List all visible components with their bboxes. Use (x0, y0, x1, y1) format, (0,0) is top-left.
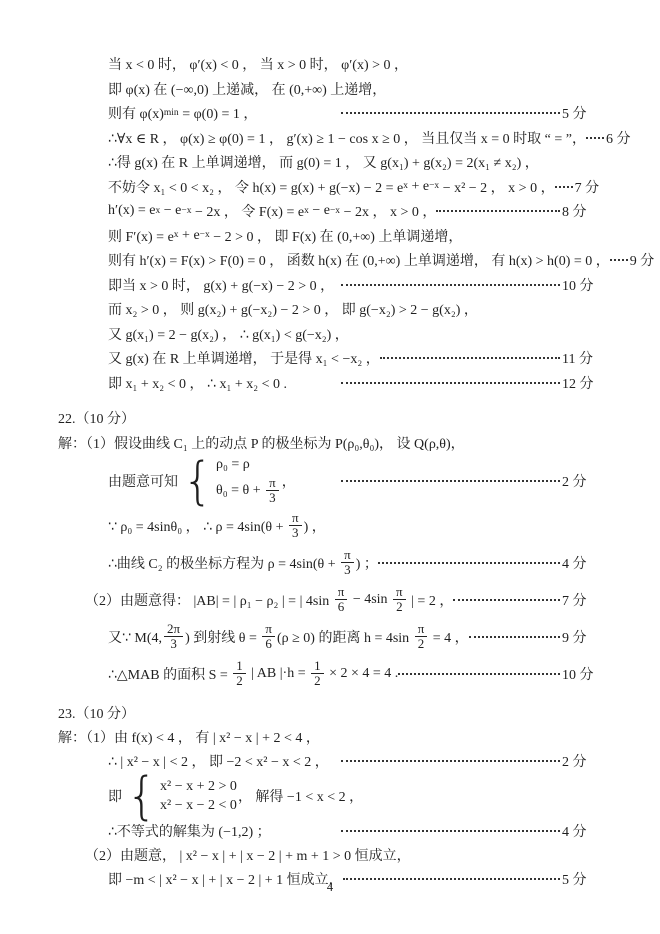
answer-line: 则有 φ(x)min = φ(0) = 1 ，5 分 (58, 101, 594, 126)
fraction: π3 (289, 511, 302, 540)
math-text: ∴△MAB 的面积 S = (108, 664, 231, 684)
fraction: π6 (262, 622, 275, 651)
subscript: min (164, 109, 179, 119)
math-text: + e (179, 228, 200, 244)
math-text: 即 x₁ + x₂ < 0 ， ∴ x₁ + x₂ < 0 . (108, 373, 287, 393)
math-text: ) 到射线 θ = (185, 627, 260, 647)
left-brace-symbol: { (183, 460, 214, 502)
answer-line: ∴得 g(x) 在 R 上单调递增， 而 g(0) = 1 ， 又 g(x₁) … (58, 150, 594, 175)
fraction: 12 (311, 659, 324, 688)
fraction-denominator: 3 (167, 637, 180, 651)
cases-group: {x² − x + 2 > 0x² − x − 2 < 0 (127, 776, 237, 816)
math-text: = 4 ， (429, 627, 468, 647)
fraction: π3 (341, 548, 354, 577)
math-text: ∵ ρ₀ = 4sinθ₀ ， ∴ ρ = 4sin(θ + (108, 516, 287, 536)
math-text: 23.（10 分） (58, 703, 135, 723)
math-text: 解：（1）由 f(x) < 4 ， 有 | x² − x | + 2 < 4 ， (58, 727, 320, 747)
math-text: ∴曲线 C₂ 的极坐标方程为 ρ = 4sin(θ + (108, 553, 339, 573)
dots-leader (341, 284, 560, 286)
math-text: − 2x ， 令 F(x) = e (191, 201, 304, 221)
fraction-numerator: π (335, 585, 348, 600)
math-text: ∴得 g(x) 在 R 上单调递增， 而 g(0) = 1 ， 又 g(x₁) … (108, 152, 539, 172)
math-text: 则 F′(x) = e (108, 226, 174, 246)
math-text: 解：（1）假设曲线 C₁ 上的动点 P 的极坐标为 P(ρ₀,θ₀)， 设 Q(… (58, 433, 465, 453)
fraction-denominator: 3 (341, 563, 354, 577)
answer-line: 解：（1）假设曲线 C₁ 上的动点 P 的极坐标为 P(ρ₀,θ₀)， 设 Q(… (58, 430, 594, 455)
fraction-denominator: 2 (415, 637, 428, 651)
math-text: = φ(0) = 1 ， (179, 103, 258, 123)
score-label: 7 分 (562, 590, 594, 610)
superscript: −x (181, 207, 191, 217)
answer-line: 则有 h′(x) = F(x) > F(0) = 0 ， 函数 h(x) 在 (… (58, 248, 594, 273)
fraction-denominator: 6 (262, 637, 275, 651)
fraction-numerator: 2π (164, 622, 183, 637)
math-text: ) ， (304, 516, 326, 536)
cases-rows: ρ₀ = ρθ₀ = θ + π3 (216, 457, 281, 505)
math-text: 又∵ M(4, (108, 627, 162, 647)
answer-line: ∴△MAB 的面积 S = 12 | AB |·h = 12 × 2 × 4 =… (58, 655, 594, 692)
math-text: − x² − 2 ， x > 0 ， (439, 177, 554, 197)
math-text: − e (309, 203, 330, 219)
answer-line: 又 g(x) 在 R 上单调递增， 于是得 x₁ < −x₂ ，11 分 (58, 346, 594, 371)
math-text: + e (408, 179, 429, 195)
math-text: ρ₀ = ρ (216, 457, 250, 473)
score-label: 10 分 (562, 275, 594, 295)
dots-leader (398, 673, 560, 675)
score-label: 4 分 (562, 553, 594, 573)
math-text: 由题意可知 (108, 471, 182, 491)
math-text: 则有 h′(x) = F(x) > F(0) = 0 ， 函数 h(x) 在 (… (108, 250, 610, 270)
score-label: 6 分 (606, 128, 638, 148)
math-text: ， 解得 −1 < x < 2 ， (238, 786, 363, 806)
dots-leader (555, 186, 573, 188)
fraction-numerator: π (262, 622, 275, 637)
math-text: x² − x − 2 < 0 (160, 798, 237, 814)
dots-leader (586, 137, 604, 139)
fraction-numerator: 1 (233, 659, 246, 674)
math-text: 即 (108, 786, 126, 806)
superscript: −x (330, 207, 340, 217)
score-label: 10 分 (562, 664, 594, 684)
score-label: 2 分 (562, 471, 594, 491)
score-label: 11 分 (562, 348, 594, 368)
cases-row: x² − x + 2 > 0 (160, 779, 237, 795)
fraction-numerator: π (289, 511, 302, 526)
answer-line: 22.（10 分） (58, 405, 594, 430)
fraction-denominator: 2 (233, 674, 246, 688)
superscript: −x (429, 182, 439, 192)
answer-line: （2）由题意得： |AB| = | ρ₁ − ρ₂ | = | 4sin π6 … (58, 581, 594, 618)
math-text: 即 φ(x) 在 (−∞,0) 上递减， 在 (0,+∞) 上递增， (108, 79, 386, 99)
answer-line: ∵ ρ₀ = 4sinθ₀ ， ∴ ρ = 4sin(θ + π3) ， (58, 507, 594, 544)
answer-line: h′(x) = ex − e−x − 2x ， 令 F(x) = ex − e−… (58, 199, 594, 224)
score-label: 2 分 (562, 751, 594, 771)
math-text: × 2 × 4 = 4 . (326, 666, 399, 682)
math-text: （2）由题意得： |AB| = | ρ₁ − ρ₂ | = | 4sin (85, 590, 333, 610)
fraction-denominator: 6 (335, 600, 348, 614)
fraction-numerator: π (341, 548, 354, 563)
answer-line: ∴曲线 C₂ 的极坐标方程为 ρ = 4sin(θ + π3) ；4 分 (58, 544, 594, 581)
cases-row: x² − x − 2 < 0 (160, 798, 237, 814)
math-text: 而 x₂ > 0 ， 则 g(x₂) + g(−x₂) − 2 > 0 ， 即 … (108, 299, 478, 319)
math-text: | = 2 ， (408, 590, 454, 610)
math-text: 当 x < 0 时， φ′(x) < 0 ， 当 x > 0 时， φ′(x) … (108, 54, 408, 74)
math-text: h′(x) = e (108, 203, 156, 219)
score-label: 9 分 (562, 627, 594, 647)
fraction-denominator: 3 (289, 526, 302, 540)
question-22-solution: 22.（10 分）解：（1）假设曲线 C₁ 上的动点 P 的极坐标为 P(ρ₀,… (58, 405, 594, 692)
score-label: 4 分 (562, 821, 594, 841)
math-text: 22.（10 分） (58, 408, 135, 428)
dots-leader (469, 636, 560, 638)
math-text: ∴∀x ∈ R ， φ(x) ≥ φ(0) = 1 ， g′(x) ≥ 1 − … (108, 128, 586, 148)
math-text: 又 g(x₁) = 2 − g(x₂) ， ∴ g(x₁) < g(−x₂) ， (108, 324, 349, 344)
dots-leader (341, 480, 560, 482)
dots-leader (341, 112, 560, 114)
cases-row: θ₀ = θ + π3 (216, 476, 281, 505)
answer-line: 不妨令 x₁ < 0 < x₂ ， 令 h(x) = g(x) + g(−x) … (58, 175, 594, 200)
math-text: − e (160, 203, 181, 219)
dots-leader (378, 562, 560, 564)
score-label: 7 分 (575, 177, 607, 197)
math-text: | AB |·h = (248, 666, 309, 682)
math-text: 则有 φ(x) (108, 103, 164, 123)
fraction-denominator: 2 (393, 600, 406, 614)
fraction-numerator: 1 (311, 659, 324, 674)
answer-line: 即当 x > 0 时， g(x) + g(−x) − 2 > 0 ，10 分 (58, 273, 594, 298)
answer-line: 即 x₁ + x₂ < 0 ， ∴ x₁ + x₂ < 0 .12 分 (58, 371, 594, 396)
question-23-solution: 23.（10 分）解：（1）由 f(x) < 4 ， 有 | x² − x | … (58, 701, 594, 891)
math-text: 即当 x > 0 时， g(x) + g(−x) − 2 > 0 ， (108, 275, 334, 295)
math-text: 不妨令 x₁ < 0 < x₂ ， 令 h(x) = g(x) + g(−x) … (108, 177, 403, 197)
score-label: 8 分 (562, 201, 594, 221)
dots-leader (610, 259, 628, 261)
math-text: − 4sin (349, 592, 391, 608)
answer-line: 而 x₂ > 0 ， 则 g(x₂) + g(−x₂) − 2 > 0 ， 即 … (58, 297, 594, 322)
answer-line: 又 g(x₁) = 2 − g(x₂) ， ∴ g(x₁) < g(−x₂) ， (58, 322, 594, 347)
math-text: − 2x ， x > 0 ， (340, 201, 436, 221)
fraction: π2 (393, 585, 406, 614)
fraction: π3 (266, 476, 279, 505)
fraction-denominator: 3 (266, 491, 279, 505)
dots-leader (453, 599, 560, 601)
cases-rows: x² − x + 2 > 0x² − x − 2 < 0 (160, 779, 237, 814)
math-text: (ρ ≥ 0) 的距离 h = 4sin (277, 627, 413, 647)
answer-sheet-content: 当 x < 0 时， φ′(x) < 0 ， 当 x > 0 时， φ′(x) … (58, 52, 594, 891)
fraction: π2 (415, 622, 428, 651)
math-text: θ₀ = θ + (216, 483, 264, 499)
score-label: 12 分 (562, 373, 594, 393)
dots-leader (341, 830, 560, 832)
dots-leader (380, 357, 560, 359)
fraction-numerator: π (393, 585, 406, 600)
cases-group: {ρ₀ = ρθ₀ = θ + π3 (183, 457, 281, 505)
answer-line: 当 x < 0 时， φ′(x) < 0 ， 当 x > 0 时， φ′(x) … (58, 52, 594, 77)
page-number: 4 (0, 880, 660, 895)
question-21-solution-continued: 当 x < 0 时， φ′(x) < 0 ， 当 x > 0 时， φ′(x) … (58, 52, 594, 395)
document-page: 当 x < 0 时， φ′(x) < 0 ， 当 x > 0 时， φ′(x) … (0, 0, 660, 934)
dots-leader (436, 210, 560, 212)
left-brace-symbol: { (127, 775, 158, 817)
math-text: − 2 > 0 ， 即 F(x) 在 (0,+∞) 上单调递增， (210, 226, 463, 246)
fraction: 2π3 (164, 622, 183, 651)
answer-line: 又∵ M(4,2π3) 到射线 θ = π6(ρ ≥ 0) 的距离 h = 4s… (58, 618, 594, 655)
fraction-numerator: π (266, 476, 279, 491)
answer-line: 即 φ(x) 在 (−∞,0) 上递减， 在 (0,+∞) 上递增， (58, 77, 594, 102)
answer-line: （2）由题意， | x² − x | + | x − 2 | + m + 1 >… (58, 843, 594, 867)
answer-line: 即 {x² − x + 2 > 0x² − x − 2 < 0， 解得 −1 <… (58, 773, 594, 819)
answer-line: ∴∀x ∈ R ， φ(x) ≥ φ(0) = 1 ， g′(x) ≥ 1 − … (58, 126, 594, 151)
answer-line: 由题意可知 {ρ₀ = ρθ₀ = θ + π3，2 分 (58, 455, 594, 507)
score-label: 9 分 (630, 250, 660, 270)
fraction: π6 (335, 585, 348, 614)
answer-line: 解：（1）由 f(x) < 4 ， 有 | x² − x | + 2 < 4 ， (58, 725, 594, 749)
score-label: 5 分 (562, 103, 594, 123)
fraction-denominator: 2 (311, 674, 324, 688)
fraction-numerator: π (415, 622, 428, 637)
answer-line: 23.（10 分） (58, 701, 594, 725)
math-text: 又 g(x) 在 R 上单调递增， 于是得 x₁ < −x₂ ， (108, 348, 380, 368)
answer-line: 则 F′(x) = ex + e−x − 2 > 0 ， 即 F(x) 在 (0… (58, 224, 594, 249)
dots-leader (341, 382, 560, 384)
math-text: ) ； (356, 553, 378, 573)
fraction: 12 (233, 659, 246, 688)
superscript: −x (200, 231, 210, 241)
math-text: （2）由题意， | x² − x | + | x − 2 | + m + 1 >… (85, 845, 411, 865)
math-text: ， (282, 471, 296, 491)
math-text: x² − x + 2 > 0 (160, 779, 237, 795)
cases-row: ρ₀ = ρ (216, 457, 250, 473)
dots-leader (341, 760, 560, 762)
